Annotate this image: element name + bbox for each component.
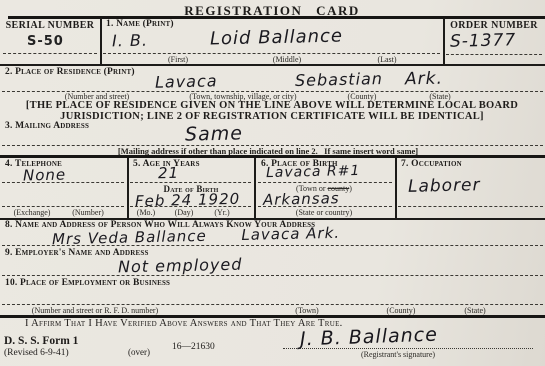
residence-notice-line2: JURISDICTION; LINE 2 OF REGISTRATION CER… — [60, 111, 484, 122]
employment-place-label: 10. Place of Employment or Business — [5, 278, 170, 288]
dob-sub-mo: (Mo.) — [137, 208, 155, 217]
divider-title — [8, 16, 545, 19]
employment-entry-line — [2, 304, 543, 305]
name-sub-last: (Last) — [377, 55, 396, 64]
telephone-sub-number: (Number) — [72, 208, 104, 217]
order-entry-line — [446, 54, 542, 55]
residence-label: 2. Place of Residence (Print) — [5, 67, 135, 77]
registrant-signature-value: J. B. Ballance — [300, 324, 439, 351]
age-entry-line — [130, 182, 251, 183]
divider-row1 — [0, 64, 545, 66]
mailing-value: Same — [185, 122, 243, 145]
residence-state-value: Ark. — [405, 69, 443, 90]
form-number: D. S. S. Form 1 — [4, 335, 78, 347]
form-revised: (Revised 6-9-41) — [4, 348, 69, 358]
order-number-value: S-1377 — [450, 30, 517, 51]
signature-sub: (Registrant's signature) — [361, 350, 435, 359]
employment-sub-street: (Number and street or R. F. D. number) — [32, 306, 158, 315]
birth-entry-line2 — [258, 206, 392, 207]
residence-town-value: Lavaca — [155, 71, 218, 91]
affirmation-text: I Affirm That I Have Verified Above Answ… — [25, 318, 343, 329]
divider-name-order — [443, 18, 445, 65]
dob-sub-yr: (Yr.) — [214, 208, 229, 217]
print-order-number: 16—21630 — [172, 342, 215, 352]
birth-town-value: Lavaca R#1 — [266, 163, 361, 181]
serial-number-label: SERIAL NUMBER — [6, 20, 95, 31]
name-sub-first: (First) — [168, 55, 188, 64]
birth-sub-town-post: ) — [349, 184, 352, 193]
occupation-value: Laborer — [408, 175, 481, 197]
age-value: 21 — [158, 164, 179, 182]
over-note: (over) — [128, 347, 150, 357]
registration-card: REGISTRATION CARD SERIAL NUMBER S-50 1. … — [0, 0, 545, 366]
mailing-label: 3. Mailing Address — [5, 121, 89, 131]
name-rest-value: Loid Ballance — [210, 25, 343, 49]
employer-entry-line — [2, 275, 543, 276]
serial-number-value: S-50 — [27, 34, 64, 49]
employment-sub-state: (State) — [464, 306, 485, 315]
dob-entry-line — [130, 206, 251, 207]
name-first-value: I. B. — [112, 31, 148, 51]
telephone-entry-line2 — [2, 206, 124, 207]
telephone-sub-exchange: (Exchange) — [14, 208, 51, 217]
divider-tel-age — [127, 158, 129, 218]
name-sub-middle: (Middle) — [273, 55, 301, 64]
divider-row3 — [0, 155, 545, 158]
residence-county-value: Sebastian — [295, 69, 383, 90]
divider-birth-occ — [395, 158, 397, 218]
employment-sub-town: (Town) — [295, 306, 318, 315]
birth-entry-line — [258, 182, 392, 183]
serial-entry-line — [3, 53, 97, 54]
dob-sub-day: (Day) — [175, 208, 194, 217]
occupation-label: 7. Occupation — [401, 159, 462, 169]
telephone-entry-line — [2, 182, 124, 183]
name-label: 1. Name (Print) — [106, 19, 174, 29]
employer-value: Not employed — [118, 255, 243, 277]
contact-entry-line — [2, 245, 543, 246]
name-entry-line — [103, 53, 440, 54]
residence-notice-line1: [THE PLACE OF RESIDENCE GIVEN ON THE LIN… — [26, 100, 518, 111]
divider-serial-name — [100, 18, 102, 65]
employment-sub-county: (County) — [387, 306, 416, 315]
birth-sub-state: (State or country) — [296, 208, 352, 217]
order-number-label: ORDER NUMBER — [450, 20, 538, 31]
occupation-entry-line — [398, 206, 543, 207]
divider-age-birth — [254, 158, 256, 218]
